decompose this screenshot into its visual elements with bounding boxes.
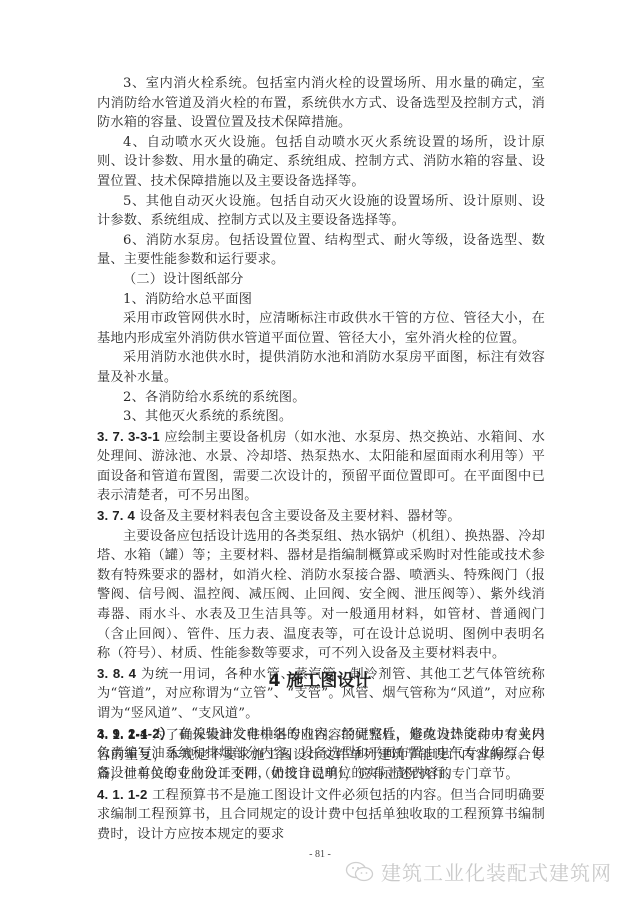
clause-number: 3. 7. 4	[97, 508, 135, 523]
item-site-plan: 1、消防给水总平面图	[97, 290, 545, 310]
paragraph-indoor-hydrant: 3、室内消火栓系统。包括室内消火栓的设置场所、用水量的确定，室内消防给水管道及消…	[97, 74, 545, 133]
subheading-drawings: （二）设计图纸部分	[97, 270, 545, 290]
watermark-text: 建筑工业化装配式建筑网	[381, 857, 612, 886]
paragraph-municipal-supply: 采用市政管网供水时，应清晰标注市政供水干管的方位、管径大小，在基地内形成室外消防…	[97, 309, 545, 348]
section-4-body: 4. 1. 1-1 为了确保设计文件中各专业内容的完整性，避免设计文件中有关内容…	[97, 725, 545, 845]
clause-number: 4. 1. 1-1	[97, 727, 148, 742]
clause-number: 3. 7. 3-3-1	[97, 429, 160, 444]
clause-4-1-1-2: 4. 1. 1-2 工程预算书不是施工图设计文件必须包括的内容。但当合同明确要求…	[97, 785, 545, 845]
paragraph-equipment: 主要设备应包括设计选用的各类泵组、热水锅炉（机组）、换热器、冷却塔、水箱（罐）等…	[97, 527, 545, 664]
paragraph-pump-room: 6、消防水泵房。包括设置位置、结构型式、耐火等级，设备选型、数量、主要性能参数和…	[97, 231, 545, 270]
clause-3-7-4: 3. 7. 4 设备及主要材料表包含主要设备及主要材料、器材等。	[97, 506, 545, 527]
paragraph-sprinkler: 4、自动喷水灭火设施。包括自动喷水灭火系统设置的场所，设计原则、设计参数、用水量…	[97, 133, 545, 192]
clause-text: 工程预算书不是施工图设计文件必须包括的内容。但当合同明确要求编制工程预算书，且合…	[97, 788, 545, 842]
section-heading: 4 施工图设计	[0, 666, 640, 691]
item-system-diagrams: 2、各消防给水系统的系统图。	[97, 388, 545, 408]
paragraph-other-extinguishing: 5、其他自动灭火设施。包括自动灭火设施的设置场所、设计原则、设计参数、系统组成、…	[97, 192, 545, 231]
paragraph-pool-supply: 采用消防水池供水时，提供消防水池和消防水泵房平面图，标注有效容量及补水量。	[97, 348, 545, 387]
watermark: 建筑工业化装配式建筑网	[345, 857, 612, 886]
clause-4-1-1-1: 4. 1. 1-1 为了确保设计文件中各专业内容的完整性，避免设计文件中有关内容…	[97, 725, 545, 785]
clause-text: 设备及主要材料表包含主要设备及主要材料、器材等。	[139, 509, 460, 524]
clause-3-7-3: 3. 7. 3-3-1 应绘制主要设备机房（如水池、水泵房、热交换站、水箱间、水…	[97, 427, 545, 506]
item-other-diagrams: 3、其他灭火系统的系统图。	[97, 407, 545, 427]
wechat-icon	[345, 861, 375, 883]
clause-number: 4. 1. 1-2	[97, 787, 148, 802]
clause-text: 为了确保设计文件中各专业内容的完整性，避免设计文件中有关内容的重复，本规定不要求…	[97, 728, 545, 782]
clause-text: 应绘制主要设备机房（如水池、水泵房、热交换站、水箱间、水处理间、游泳池、水景、冷…	[97, 430, 545, 504]
